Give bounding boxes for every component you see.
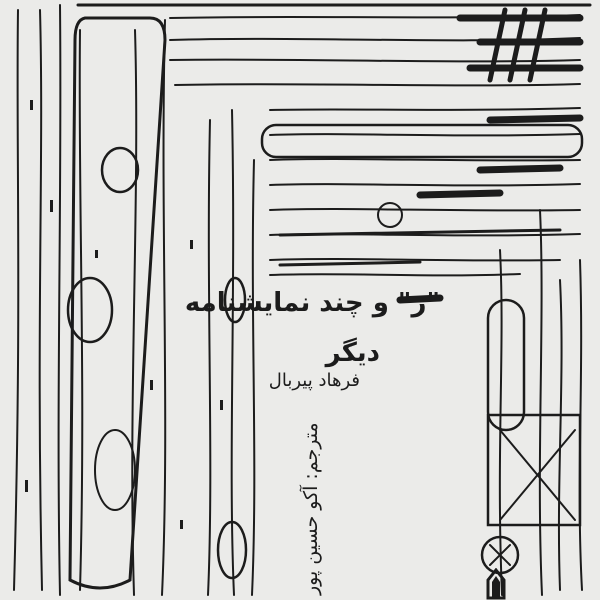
translator-credit: مترجم: آکو حسین پور: [300, 422, 322, 595]
book-title-continued: دیگر: [326, 338, 380, 368]
author-name: فرهاد پیربال: [269, 370, 360, 391]
book-cover: "ز" و چند نمایشنامه دیگر فرهاد پیربال مت…: [0, 0, 600, 600]
publisher-logo-icon: [482, 568, 510, 600]
book-title: "ز" و چند نمایشنامه: [185, 288, 440, 318]
